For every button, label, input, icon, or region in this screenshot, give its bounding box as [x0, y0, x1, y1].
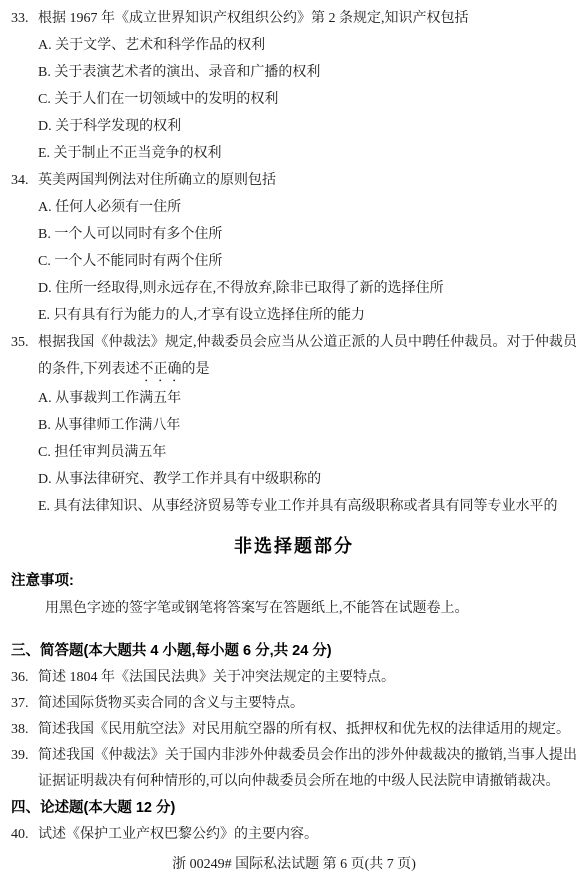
- option-c: C. 一个人不能同时有两个住所: [38, 248, 577, 275]
- question-stem: 英美两国判例法对住所确立的原则包括: [38, 167, 577, 194]
- option-b: B. 关于表演艺术者的演出、录音和广播的权利: [38, 59, 577, 86]
- question-37: 37. 简述国际货物买卖合同的含义与主要特点。: [11, 691, 577, 717]
- question-36: 36. 简述 1804 年《法国民法典》关于冲突法规定的主要特点。: [11, 665, 577, 691]
- question-stem: 根据 1967 年《成立世界知识产权组织公约》第 2 条规定,知识产权包括: [38, 5, 577, 32]
- notes-body: 用黑色字迹的签字笔或钢笔将答案写在答题纸上,不能答在试题卷上。: [11, 595, 577, 622]
- option-d: D. 住所一经取得,则永远存在,不得放弃,除非已取得了新的选择住所: [38, 275, 577, 302]
- option-c: C. 关于人们在一切领域中的发明的权利: [38, 86, 577, 113]
- question-text: 简述我国《仲裁法》关于国内非涉外仲裁委员会作出的涉外仲裁裁决的撤销,当事人提出证…: [38, 748, 577, 789]
- option-a: A. 任何人必须有一住所: [38, 194, 577, 221]
- question-number: 36.: [11, 665, 29, 691]
- question-35: 35. 根据我国《仲裁法》规定,仲裁委员会应当从公道正派的人员中聘任仲裁员。对于…: [11, 329, 577, 520]
- question-number: 40.: [11, 822, 29, 848]
- option-e: E. 关于制止不正当竞争的权利: [38, 140, 577, 167]
- stem-text: 的是: [182, 362, 210, 377]
- section-4-heading: 四、论述题(本大题 12 分): [11, 795, 577, 822]
- part-title: 非选择题部分: [11, 530, 577, 562]
- option-a: A. 从事裁判工作满五年: [38, 385, 577, 412]
- option-c: C. 担任审判员满五年: [38, 439, 577, 466]
- question-number: 33.: [11, 5, 29, 32]
- section-3-heading: 三、简答题(本大题共 4 小题,每小题 6 分,共 24 分): [11, 638, 577, 665]
- question-stem: 根据我国《仲裁法》规定,仲裁委员会应当从公道正派的人员中聘任仲裁员。对于仲裁员的…: [38, 329, 577, 385]
- question-40: 40. 试述《保护工业产权巴黎公约》的主要内容。: [11, 822, 577, 848]
- question-number: 34.: [11, 167, 29, 194]
- question-number: 35.: [11, 329, 29, 356]
- option-e: E. 只有具有行为能力的人,才享有设立选择住所的能力: [38, 302, 577, 329]
- question-text: 简述国际货物买卖合同的含义与主要特点。: [38, 696, 304, 711]
- option-e: E. 具有法律知识、从事经济贸易等专业工作并具有高级职称或者具有同等专业水平的: [38, 493, 577, 520]
- question-text: 简述我国《民用航空法》对民用航空器的所有权、抵押权和优先权的法律适用的规定。: [38, 722, 570, 737]
- question-text: 试述《保护工业产权巴黎公约》的主要内容。: [38, 827, 318, 842]
- option-b: B. 从事律师工作满八年: [38, 412, 577, 439]
- question-text: 简述 1804 年《法国民法典》关于冲突法规定的主要特点。: [38, 670, 395, 685]
- option-b: B. 一个人可以同时有多个住所: [38, 221, 577, 248]
- page-footer: 浙 00249# 国际私法试题 第 6 页(共 7 页): [11, 851, 577, 878]
- exam-paper-page: 33. 根据 1967 年《成立世界知识产权组织公约》第 2 条规定,知识产权包…: [0, 0, 585, 885]
- stem-emphasized-text: 不正确: [140, 362, 182, 377]
- notes-section: 注意事项: 用黑色字迹的签字笔或钢笔将答案写在答题纸上,不能答在试题卷上。: [11, 568, 577, 622]
- question-33: 33. 根据 1967 年《成立世界知识产权组织公约》第 2 条规定,知识产权包…: [11, 5, 577, 167]
- question-number: 37.: [11, 691, 29, 717]
- question-34: 34. 英美两国判例法对住所确立的原则包括 A. 任何人必须有一住所 B. 一个…: [11, 167, 577, 329]
- question-38: 38. 简述我国《民用航空法》对民用航空器的所有权、抵押权和优先权的法律适用的规…: [11, 717, 577, 743]
- notes-title: 注意事项:: [11, 568, 577, 595]
- option-d: D. 关于科学发现的权利: [38, 113, 577, 140]
- stem-text: 根据我国《仲裁法》规定,仲裁委员会应当从公道正派的人员中聘任仲裁员。对于仲裁员的…: [38, 335, 577, 377]
- option-d: D. 从事法律研究、教学工作并具有中级职称的: [38, 466, 577, 493]
- option-a: A. 关于文学、艺术和科学作品的权利: [38, 32, 577, 59]
- question-number: 38.: [11, 717, 29, 743]
- question-39: 39. 简述我国《仲裁法》关于国内非涉外仲裁委员会作出的涉外仲裁裁决的撤销,当事…: [11, 743, 577, 795]
- question-number: 39.: [11, 743, 29, 769]
